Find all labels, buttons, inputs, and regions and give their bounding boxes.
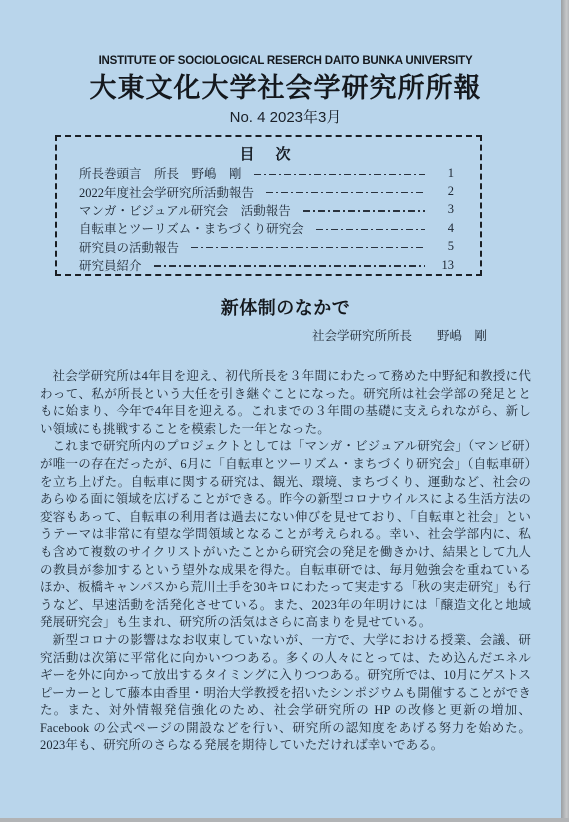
toc-entry-page-number: 3 xyxy=(432,202,454,217)
toc-entry: 所長巻頭言 所長 野嶋 剛 1 xyxy=(79,164,454,182)
scanned-bulletin-page: INSTITUTE OF SOCIOLOGICAL RESERCH DAITO … xyxy=(0,0,569,822)
article-paragraph: これまで研究所内のプロジェクトとしては「マンガ・ビジュアル研究会」（マンビ研）が… xyxy=(40,438,531,632)
institute-name-english: INSTITUTE OF SOCIOLOGICAL RESERCH DAITO … xyxy=(40,54,531,69)
toc-heading: 目 次 xyxy=(79,146,454,164)
page-content: INSTITUTE OF SOCIOLOGICAL RESERCH DAITO … xyxy=(0,0,569,822)
article-paragraph: 新型コロナの影響はなお収束していないが、一方で、大学における授業、会議、研究活動… xyxy=(40,632,531,755)
bulletin-title: 大東文化大学社会学研究所所報 xyxy=(40,72,531,105)
toc-entry: 2022年度社会学研究所活動報告 2 xyxy=(79,182,454,200)
scan-edge-bottom xyxy=(0,818,569,822)
scan-edge-right xyxy=(561,0,569,822)
toc-leader-line xyxy=(254,174,425,175)
toc-entry-label: 研究員の活動報告 xyxy=(79,238,179,256)
toc-leader-line xyxy=(154,265,425,266)
toc-entry-label: 研究員紹介 xyxy=(79,256,142,274)
article-title: 新体制のなかで xyxy=(40,297,531,319)
article-body: 社会学研究所は4年目を迎え、初代所長を３年間にわたって務めた中野紀和教授に代わっ… xyxy=(40,368,531,755)
masthead: INSTITUTE OF SOCIOLOGICAL RESERCH DAITO … xyxy=(40,54,531,127)
toc-entry-label: 自転車とツーリズム・まちづくり研究会 xyxy=(79,219,304,237)
lead-article: 新体制のなかで 社会学研究所所長 野嶋 剛 社会学研究所は4年目を迎え、初代所長… xyxy=(40,297,531,755)
article-byline: 社会学研究所所長 野嶋 剛 xyxy=(40,328,531,344)
toc-entry-page-number: 1 xyxy=(432,166,454,181)
toc-entry: 研究員の活動報告 5 xyxy=(79,238,454,256)
toc-leader-line xyxy=(191,247,425,248)
toc-entry-label: 所長巻頭言 所長 野嶋 剛 xyxy=(79,164,242,182)
toc-entry-label: 2022年度社会学研究所活動報告 xyxy=(79,183,254,201)
table-of-contents-box: 目 次 所長巻頭言 所長 野嶋 剛 1 2022年度社会学研究所活動報告 2 マ… xyxy=(55,135,482,276)
toc-entry: 研究員紹介 13 xyxy=(79,256,454,274)
toc-entry-page-number: 13 xyxy=(432,258,454,273)
toc-entry-label: マンガ・ビジュアル研究会 活動報告 xyxy=(79,201,291,219)
toc-leader-line xyxy=(316,229,425,230)
toc-leader-line xyxy=(303,210,425,211)
issue-number-date: No. 4 2023年3月 xyxy=(40,108,531,127)
article-paragraph: 社会学研究所は4年目を迎え、初代所長を３年間にわたって務めた中野紀和教授に代わっ… xyxy=(40,368,531,438)
toc-entry-page-number: 5 xyxy=(432,239,454,254)
toc-leader-line xyxy=(266,192,425,193)
toc-entry: 自転車とツーリズム・まちづくり研究会 4 xyxy=(79,219,454,237)
toc-entry-page-number: 2 xyxy=(432,184,454,199)
toc-entry: マンガ・ビジュアル研究会 活動報告 3 xyxy=(79,201,454,219)
toc-entry-page-number: 4 xyxy=(432,221,454,236)
